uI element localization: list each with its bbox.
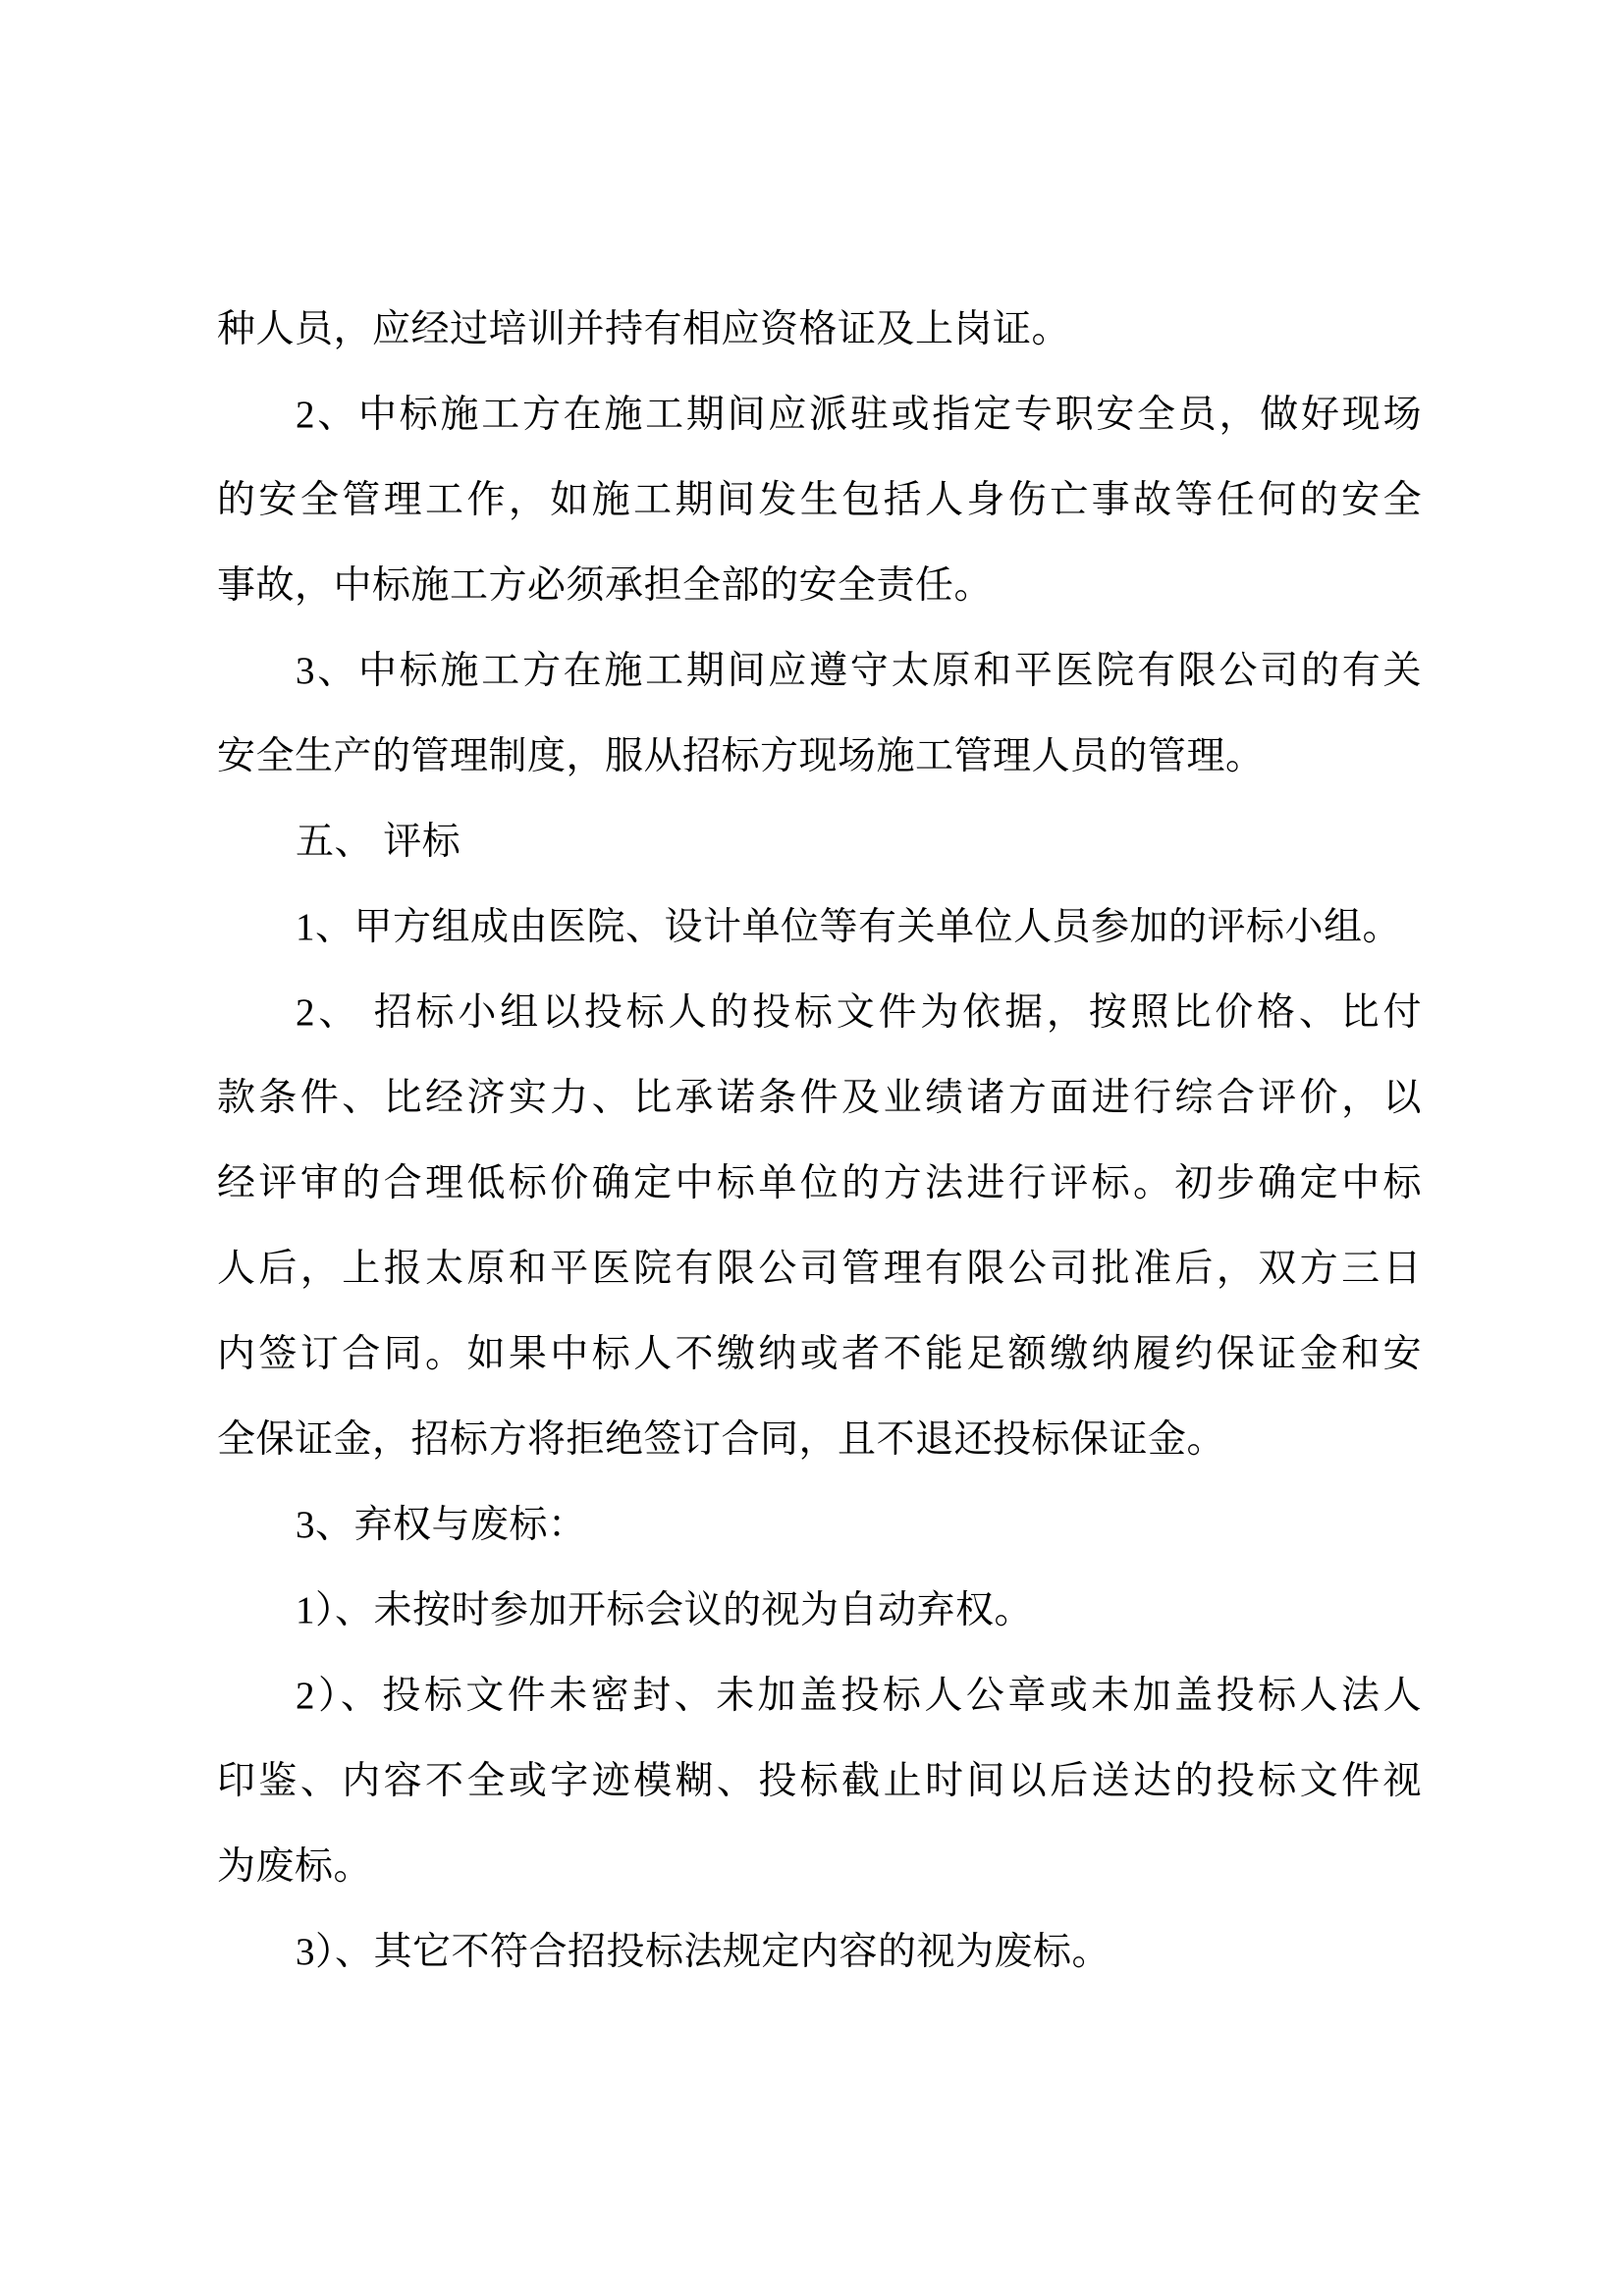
doc-line-10: 款条件、比经济实力、比承诺条件及业绩诸方面进行综合评价，以 <box>217 1055 1422 1141</box>
document-page: 种人员，应经过培训并持有相应资格证及上岗证。 2、中标施工方在施工期间应派驻或指… <box>0 0 1624 2296</box>
doc-line-15: 3、弃权与废标： <box>217 1482 1422 1568</box>
doc-line-2: 2、中标施工方在施工期间应派驻或指定专职安全员，做好现场 <box>217 372 1422 457</box>
document-body-text: 种人员，应经过培训并持有相应资格证及上岗证。 2、中标施工方在施工期间应派驻或指… <box>217 287 1422 1995</box>
doc-line-5: 3、中标施工方在施工期间应遵守太原和平医院有限公司的有关 <box>217 628 1422 714</box>
doc-line-8: 1、甲方组成由医院、设计单位等有关单位人员参加的评标小组。 <box>217 884 1422 970</box>
doc-line-17: 2）、投标文件未密封、未加盖投标人公章或未加盖投标人法人 <box>217 1653 1422 1738</box>
doc-line-18: 印鉴、内容不全或字迹模糊、投标截止时间以后送达的投标文件视 <box>217 1738 1422 1824</box>
doc-line-9: 2、 招标小组以投标人的投标文件为依据，按照比价格、比付 <box>217 970 1422 1055</box>
doc-line-11: 经评审的合理低标价确定中标单位的方法进行评标。初步确定中标 <box>217 1141 1422 1226</box>
doc-line-7-section-heading: 五、 评标 <box>217 799 1422 884</box>
doc-line-19: 为废标。 <box>217 1824 1422 1909</box>
doc-line-1: 种人员，应经过培训并持有相应资格证及上岗证。 <box>217 287 1422 372</box>
doc-line-4: 事故，中标施工方必须承担全部的安全责任。 <box>217 543 1422 628</box>
doc-line-13: 内签订合同。如果中标人不缴纳或者不能足额缴纳履约保证金和安 <box>217 1311 1422 1397</box>
doc-line-20: 3）、其它不符合招投标法规定内容的视为废标。 <box>217 1909 1422 1995</box>
doc-line-3: 的安全管理工作，如施工期间发生包括人身伤亡事故等任何的安全 <box>217 457 1422 543</box>
doc-line-14: 全保证金，招标方将拒绝签订合同，且不退还投标保证金。 <box>217 1397 1422 1482</box>
doc-line-16: 1）、未按时参加开标会议的视为自动弃权。 <box>217 1568 1422 1653</box>
doc-line-12: 人后，上报太原和平医院有限公司管理有限公司批准后，双方三日 <box>217 1226 1422 1311</box>
doc-line-6: 安全生产的管理制度，服从招标方现场施工管理人员的管理。 <box>217 714 1422 799</box>
